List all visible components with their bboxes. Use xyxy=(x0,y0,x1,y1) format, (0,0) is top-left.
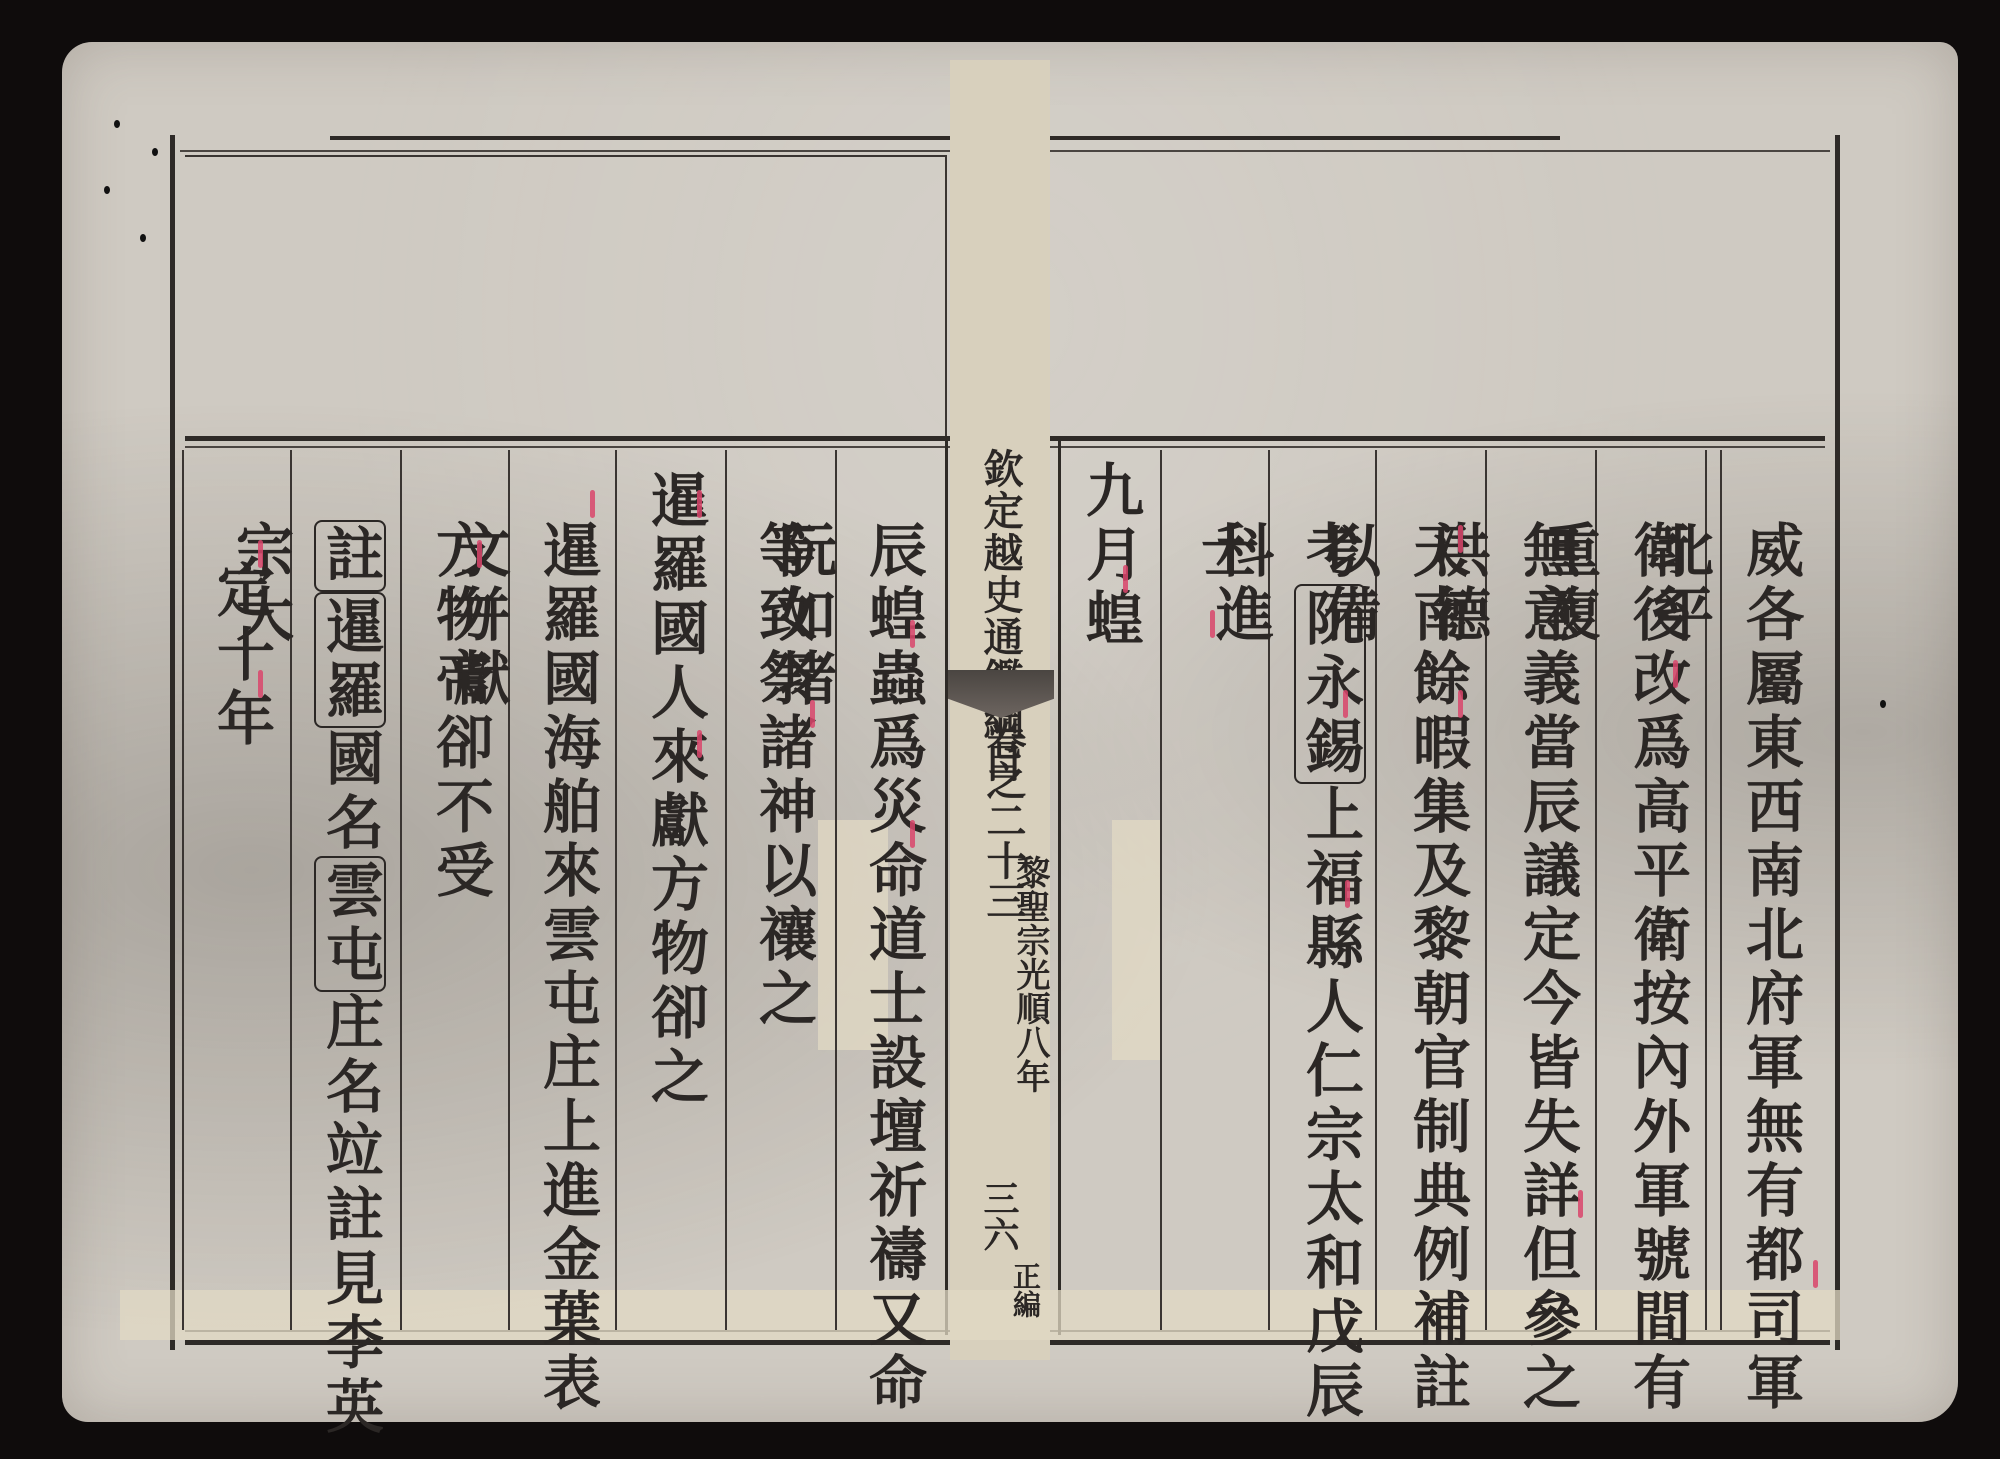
red-punctuation-mark xyxy=(1673,660,1678,688)
binding-hole xyxy=(1880,700,1886,708)
column-divider xyxy=(615,450,617,1330)
text-column-heading: 暹羅國人來獻方物卻之 xyxy=(630,470,720,1110)
red-punctuation-mark xyxy=(477,540,482,568)
text-column: 無意義當辰議定今皆失詳但參之洪德 xyxy=(1502,520,1592,1459)
binding-hole xyxy=(140,234,146,242)
text-column: 註暹羅國名雲屯庄名竝註見李英宗大 xyxy=(305,520,395,1459)
text-column: 等致祭諸神以禳之 xyxy=(738,520,828,1032)
text-body: 國名 xyxy=(316,728,384,856)
red-punctuation-mark xyxy=(1210,610,1215,638)
binding-hole xyxy=(114,120,120,128)
column-divider xyxy=(725,450,727,1330)
red-punctuation-mark xyxy=(910,820,915,848)
red-punctuation-mark xyxy=(590,490,595,518)
red-punctuation-mark xyxy=(910,620,915,648)
red-punctuation-mark xyxy=(258,540,263,568)
binding-hole xyxy=(104,186,110,194)
binding-hole xyxy=(152,148,158,156)
column-divider xyxy=(1160,450,1162,1330)
red-punctuation-mark xyxy=(1578,1190,1583,1218)
text-column: 定十年 xyxy=(196,560,286,752)
annotation-marker: 註 xyxy=(314,520,386,592)
text-column: 辰蝗蟲爲災命道士設壇祈禱又命阮如堵 xyxy=(848,520,938,1459)
boxed-name: 阮永錫 xyxy=(1294,584,1366,784)
column-divider xyxy=(182,450,184,1330)
text-column: 士 xyxy=(1180,520,1270,584)
boxed-name: 暹羅 xyxy=(314,592,386,728)
text-column: 天南餘暇集及黎朝官制典例補註以備 xyxy=(1392,520,1482,1459)
boxed-name: 雲屯 xyxy=(314,856,386,992)
red-punctuation-mark xyxy=(258,670,263,698)
upper-margin-box xyxy=(185,155,947,437)
red-punctuation-mark xyxy=(1123,565,1128,593)
reign-year: 黎聖宗光順八年 xyxy=(1005,855,1055,1093)
red-punctuation-mark xyxy=(1345,880,1350,908)
red-punctuation-mark xyxy=(697,730,702,758)
red-punctuation-mark xyxy=(1458,525,1463,553)
text-column: 衛後改爲高平衛按內外軍號間有重複 xyxy=(1612,520,1702,1459)
repair-tape xyxy=(1112,820,1162,1060)
red-punctuation-mark xyxy=(1813,1260,1818,1288)
text-column-heading: 九月蝗 xyxy=(1065,460,1155,652)
text-column: 考阮永錫上福縣人仁宗太和戊辰科進 xyxy=(1285,520,1375,1459)
red-punctuation-mark xyxy=(1343,690,1348,718)
red-punctuation-mark xyxy=(1458,690,1463,718)
text-prefix: 考 xyxy=(1296,520,1364,584)
section-label: 正編 xyxy=(1005,1262,1045,1318)
column-divider xyxy=(400,450,402,1330)
red-punctuation-mark xyxy=(810,700,815,728)
top-border-rule xyxy=(330,136,1560,140)
red-punctuation-mark xyxy=(697,490,702,518)
text-column: 威各屬東西南北府軍無有都司軍北平 xyxy=(1725,520,1815,1459)
text-column: 方物帝卻不受 xyxy=(415,520,505,904)
text-column: 暹羅國海舶來雲屯庄上進金葉表文幷獻 xyxy=(522,520,612,1459)
page-number: 三六 xyxy=(975,1180,1025,1252)
